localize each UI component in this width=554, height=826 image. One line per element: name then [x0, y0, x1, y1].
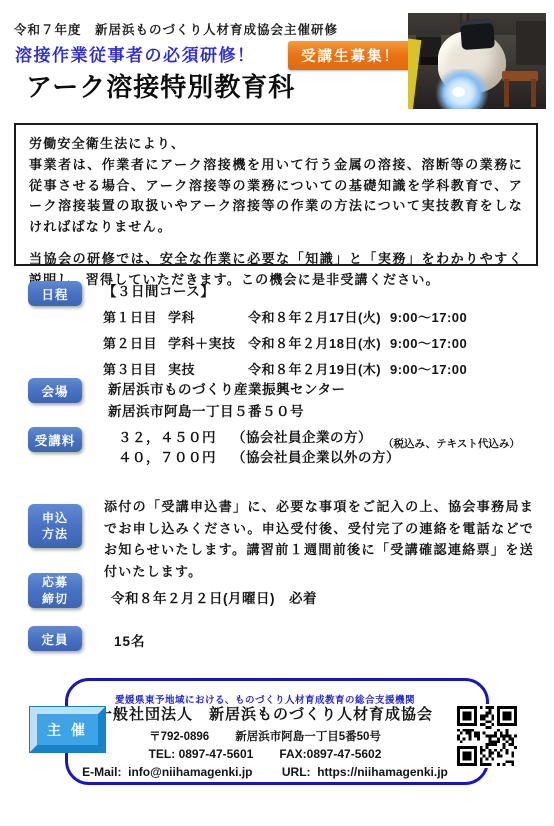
organizer-email: info@niihamagenki.jp [128, 765, 252, 779]
venue-address: 新居浜市阿島一丁目５番５０号 [108, 401, 345, 423]
flyer-page: 令和７年度 新居浜ものづくり人材育成協会主催研修 溶接作業従事者の必須研修！ 受… [0, 0, 554, 826]
fee-info: ３２，４５０円 （協会社員企業の方） ４０，７００円 （協会社員企業以外の方） [118, 428, 400, 467]
fiscal-year-line: 令和７年度 新居浜ものづくり人材育成協会主催研修 [14, 20, 338, 38]
photo-yellow-frame [408, 38, 421, 109]
deadline-badge: 応募 締切 [28, 573, 82, 608]
organizer-name: 一般社団法人 新居浜ものづくり人材育成協会 [75, 703, 455, 724]
page-title: アーク溶接特別教育科 [26, 67, 295, 104]
organizer-tel-fax: TEL: 0897-47-5601FAX:0897-47-5602 [75, 747, 455, 761]
venue-name: 新居浜市ものづくり産業振興センター [108, 379, 345, 401]
deadline-text: 令和８年２月２日(月曜日) 必着 [111, 587, 317, 607]
schedule-badge: 日程 [28, 281, 82, 306]
fee-row: ４０，７００円 （協会社員企業以外の方） [118, 448, 400, 468]
organizer-url: https://niihamagenki.jp [317, 765, 448, 779]
organizer-postal-code: 〒792-0896 [149, 731, 209, 743]
organizer-address: 〒792-0896新居浜市阿島一丁目5番50号 [75, 728, 455, 744]
qr-code [456, 704, 518, 768]
fee-note: （税込み、テキスト代込み） [383, 436, 520, 451]
intro-box: 労働安全衛生法により、 事業者は、作業者にアーク溶接機を用いて行う金属の溶接、溶… [14, 123, 538, 266]
application-badge: 申込 方法 [28, 504, 82, 548]
photo-equipment-right [516, 21, 546, 65]
schedule-table: 【３日間コース】 第１日目 学科 令和８年２月17日(火) 9:00～17:00… [103, 280, 467, 378]
intro-paragraph-1: 労働安全衛生法により、 事業者は、作業者にアーク溶接機を用いて行う金属の溶接、溶… [29, 134, 523, 238]
photo-welding-helmet [460, 19, 495, 50]
venue-badge: 会場 [28, 378, 82, 403]
fee-badge: 受講料 [28, 427, 82, 452]
capacity-text: 15名 [114, 630, 146, 650]
recruiting-badge: 受講生募集！ [288, 41, 413, 70]
organizer-tel: TEL: 0897-47-5601 [149, 747, 254, 761]
organizer-email-url: E-Mail: info@niihamagenki.jp URL: https:… [75, 765, 455, 779]
schedule-row: 第１日目 学科 令和８年２月17日(火) 9:00～17:00 [103, 307, 467, 326]
organizer-fax: FAX:0897-47-5602 [279, 747, 381, 761]
venue-info: 新居浜市ものづくり産業振興センター 新居浜市阿島一丁目５番５０号 [108, 379, 345, 423]
fee-row: ３２，４５０円 （協会社員企業の方） [118, 428, 400, 448]
organizer-badge: 主 催 [30, 707, 105, 752]
course-header: 【３日間コース】 [103, 280, 467, 300]
url-label: URL: [282, 765, 311, 779]
schedule-row: 第３日目 実技 令和８年２月19日(木) 9:00～17:00 [103, 359, 467, 378]
email-label: E-Mail: [82, 765, 121, 779]
application-text: 添付の「受講申込書」に、必要な事項をご記入の上、協会事務局までお申し込みください… [104, 496, 534, 582]
qr-code-pattern [457, 706, 517, 766]
subtitle-required-training: 溶接作業従事者の必須研修！ [15, 41, 256, 66]
schedule-row: 第２日目 学科＋実技 令和８年２月18日(水) 9:00～17:00 [103, 333, 467, 352]
welding-photo [408, 13, 546, 109]
capacity-badge: 定員 [28, 626, 82, 651]
